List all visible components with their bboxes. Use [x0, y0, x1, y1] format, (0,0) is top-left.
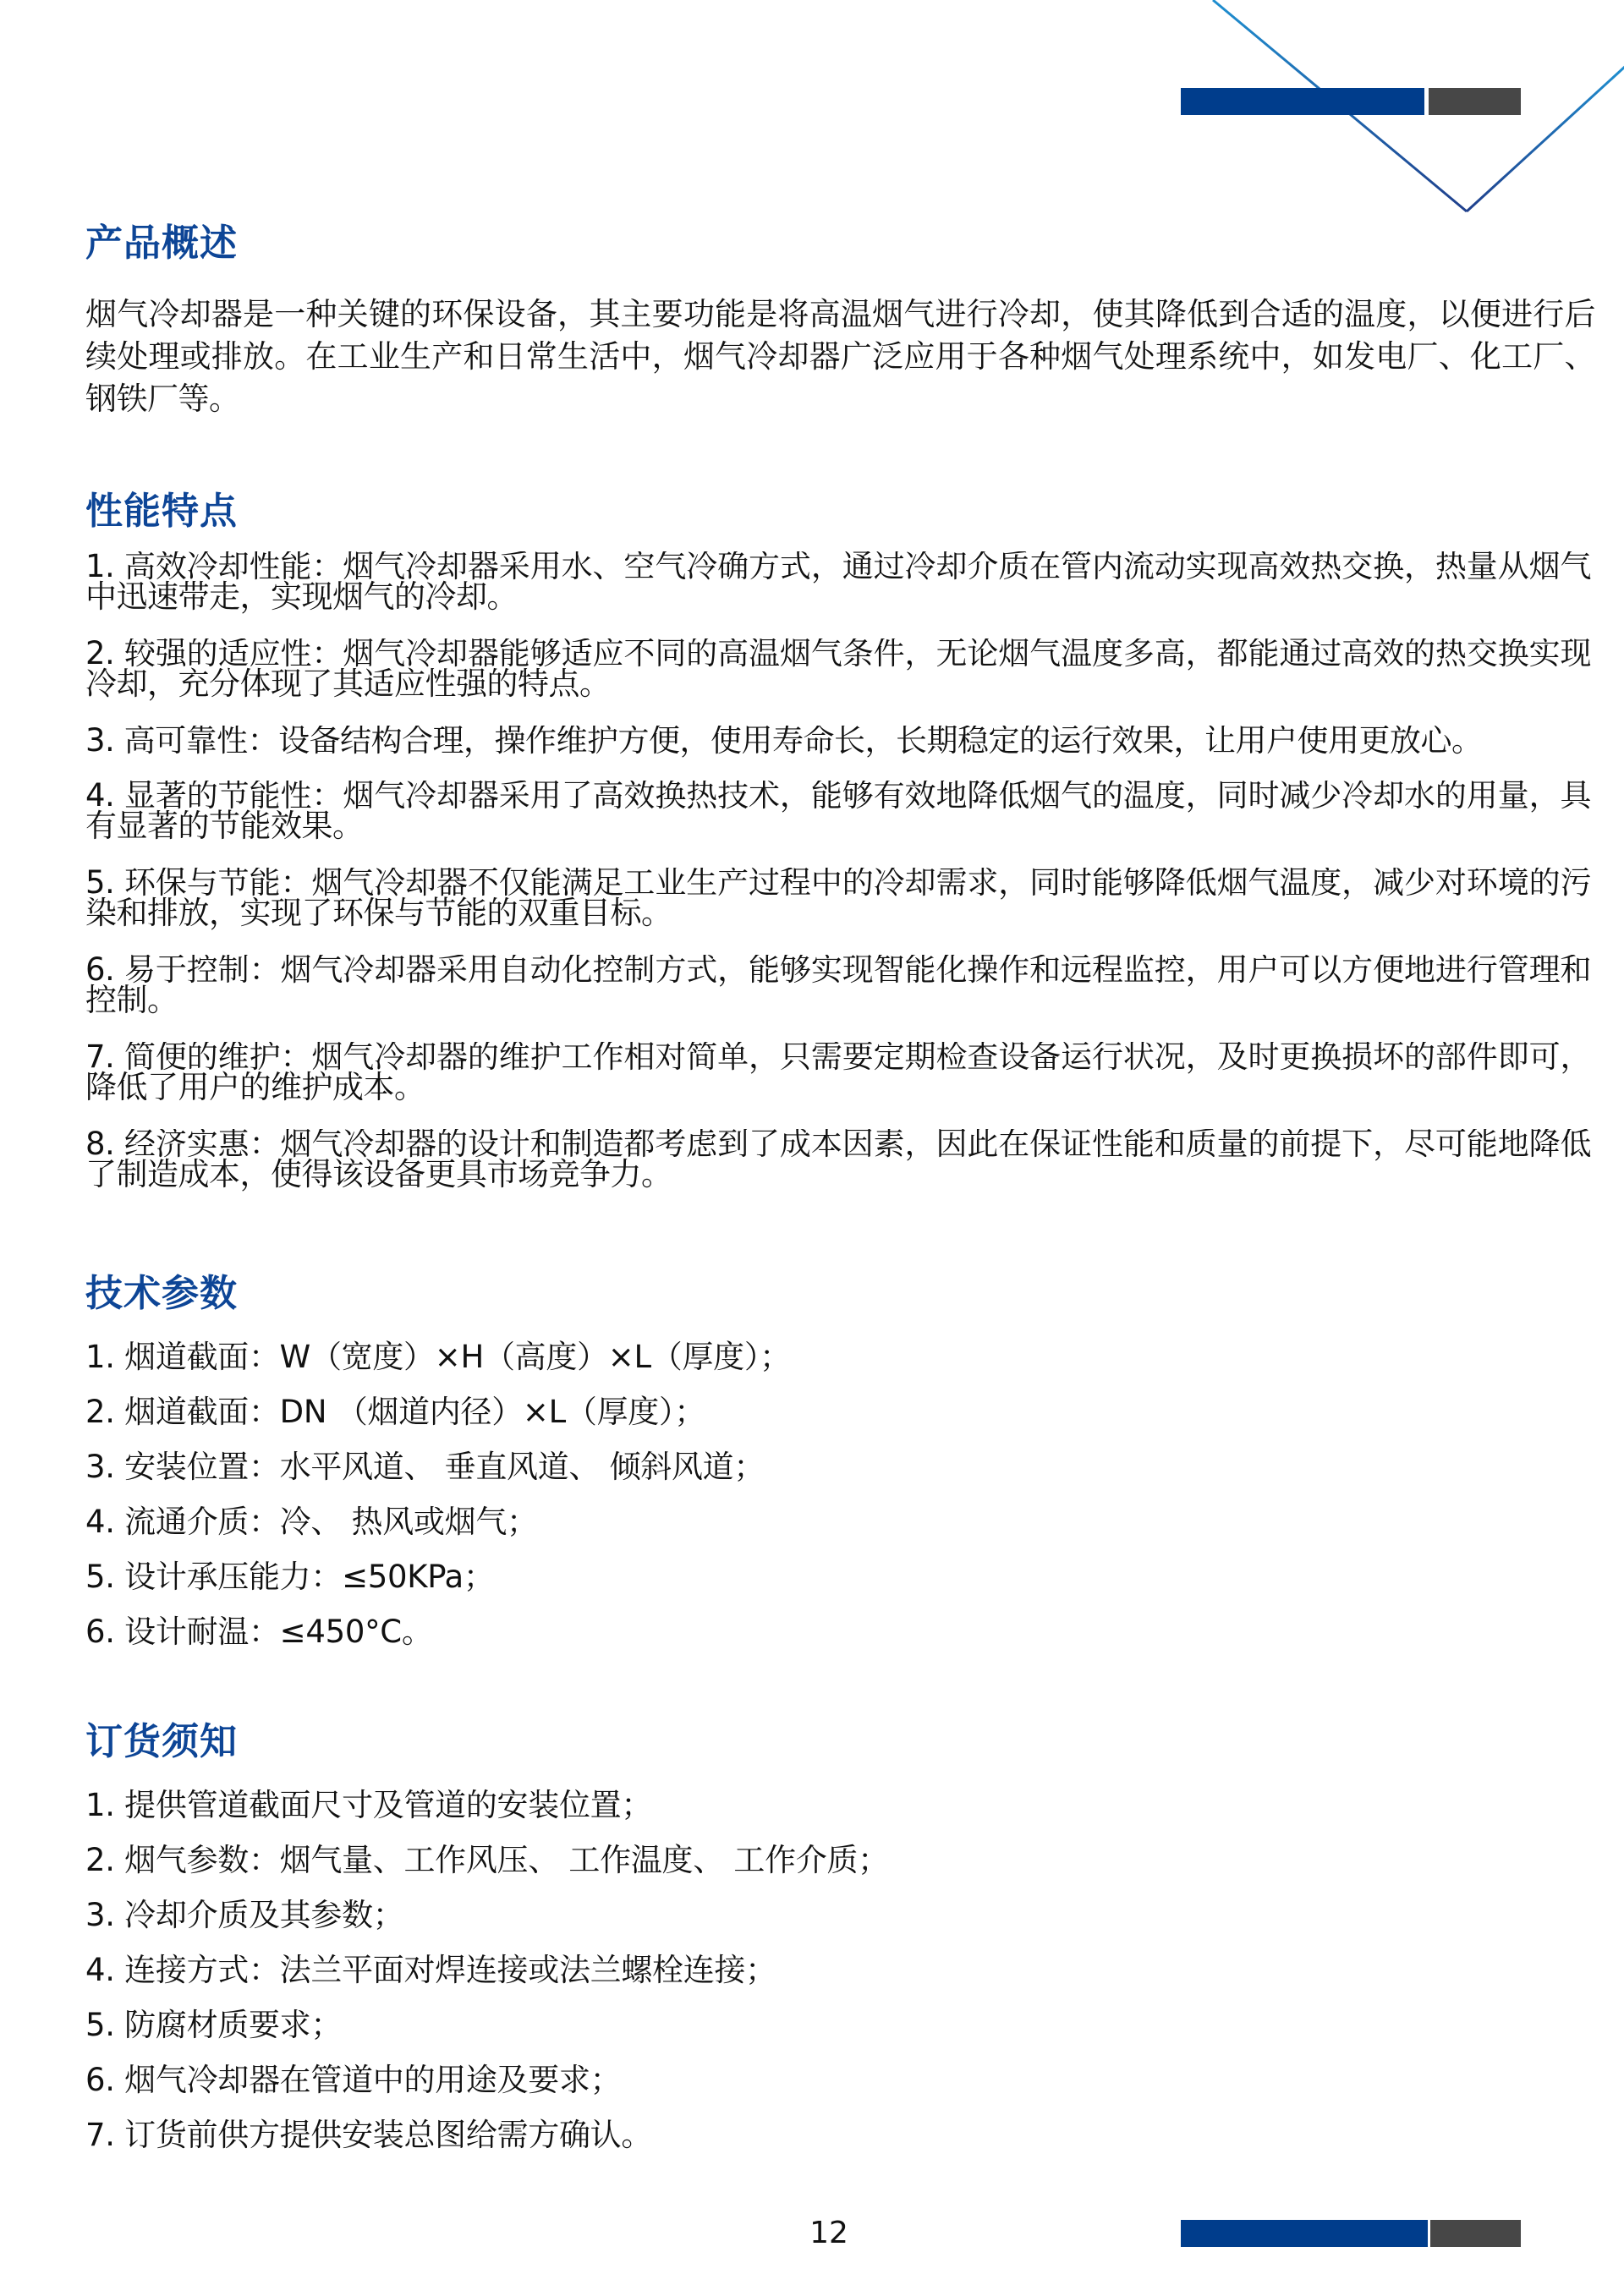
- feature-item: 3. 高可靠性：设备结构合理，操作维护方便，使用寿命长，长期稳定的运行效果，让用…: [85, 726, 1591, 781]
- feature-item: 2. 较强的适应性：烟气冷却器能够适应不同的高温烟气条件，无论烟气温度多高，都能…: [85, 638, 1591, 726]
- footer-accent-bar-gray: [1430, 2220, 1521, 2247]
- ordering-item: 1. 提供管道截面尺寸及管道的安装位置；: [85, 1778, 1591, 1833]
- ordering-item: 7. 订货前供方提供安装总图给需方确认。: [85, 2107, 1591, 2162]
- overview-paragraph: 烟气冷却器是一种关键的环保设备，其主要功能是将高温烟气进行冷却，使其降低到合适的…: [85, 293, 1595, 420]
- ordering-list: 1. 提供管道截面尺寸及管道的安装位置； 2. 烟气参数：烟气量、工作风压、 工…: [85, 1778, 1591, 2162]
- tech-params-list: 1. 烟道截面：W（宽度）×H（高度）×L（厚度）； 2. 烟道截面：DN （烟…: [85, 1329, 1591, 1659]
- ordering-item: 6. 烟气冷却器在管道中的用途及要求；: [85, 2052, 1591, 2107]
- tech-param-item: 2. 烟道截面：DN （烟道内径）×L（厚度）；: [85, 1384, 1591, 1439]
- ordering-item: 3. 冷却介质及其参数；: [85, 1888, 1591, 1943]
- ordering-item: 2. 烟气参数：烟气量、工作风压、 工作温度、 工作介质；: [85, 1833, 1591, 1888]
- tech-param-item: 5. 设计承压能力：≤50KPa；: [85, 1549, 1591, 1604]
- features-list: 1. 高效冷却性能：烟气冷却器采用水、空气冷确方式，通过冷却介质在管内流动实现高…: [85, 551, 1591, 1216]
- section-title-features: 性能特点: [85, 486, 238, 537]
- page-number: 12: [804, 2212, 854, 2255]
- ordering-item: 5. 防腐材质要求；: [85, 1997, 1591, 2052]
- tech-param-item: 3. 安装位置：水平风道、 垂直风道、 倾斜风道；: [85, 1439, 1591, 1494]
- tech-param-item: 6. 设计耐温：≤450°C。: [85, 1604, 1591, 1659]
- feature-item: 8. 经济实惠：烟气冷却器的设计和制造都考虑到了成本因素，因此在保证性能和质量的…: [85, 1129, 1591, 1216]
- ordering-item: 4. 连接方式：法兰平面对焊连接或法兰螺栓连接；: [85, 1943, 1591, 1997]
- section-title-tech-params: 技术参数: [85, 1269, 238, 1319]
- section-title-overview: 产品概述: [85, 218, 238, 269]
- footer-accent-bar-blue: [1181, 2220, 1428, 2247]
- feature-item: 6. 易于控制：烟气冷却器采用自动化控制方式，能够实现智能化操作和远程监控，用户…: [85, 955, 1591, 1042]
- header-accent-bar-blue: [1181, 88, 1424, 115]
- header-accent-bar-gray: [1429, 88, 1521, 115]
- feature-item: 1. 高效冷却性能：烟气冷却器采用水、空气冷确方式，通过冷却介质在管内流动实现高…: [85, 551, 1591, 638]
- feature-item: 7. 简便的维护：烟气冷却器的维护工作相对简单，只需要定期检查设备运行状况，及时…: [85, 1042, 1591, 1129]
- tech-param-item: 4. 流通介质：冷、 热风或烟气；: [85, 1494, 1591, 1549]
- section-title-ordering: 订货须知: [85, 1717, 238, 1767]
- feature-item: 5. 环保与节能：烟气冷却器不仅能满足工业生产过程中的冷却需求，同时能够降低烟气…: [85, 868, 1591, 955]
- tech-param-item: 1. 烟道截面：W（宽度）×H（高度）×L（厚度）；: [85, 1329, 1591, 1384]
- feature-item: 4. 显著的节能性：烟气冷却器采用了高效换热技术，能够有效地降低烟气的温度，同时…: [85, 781, 1591, 868]
